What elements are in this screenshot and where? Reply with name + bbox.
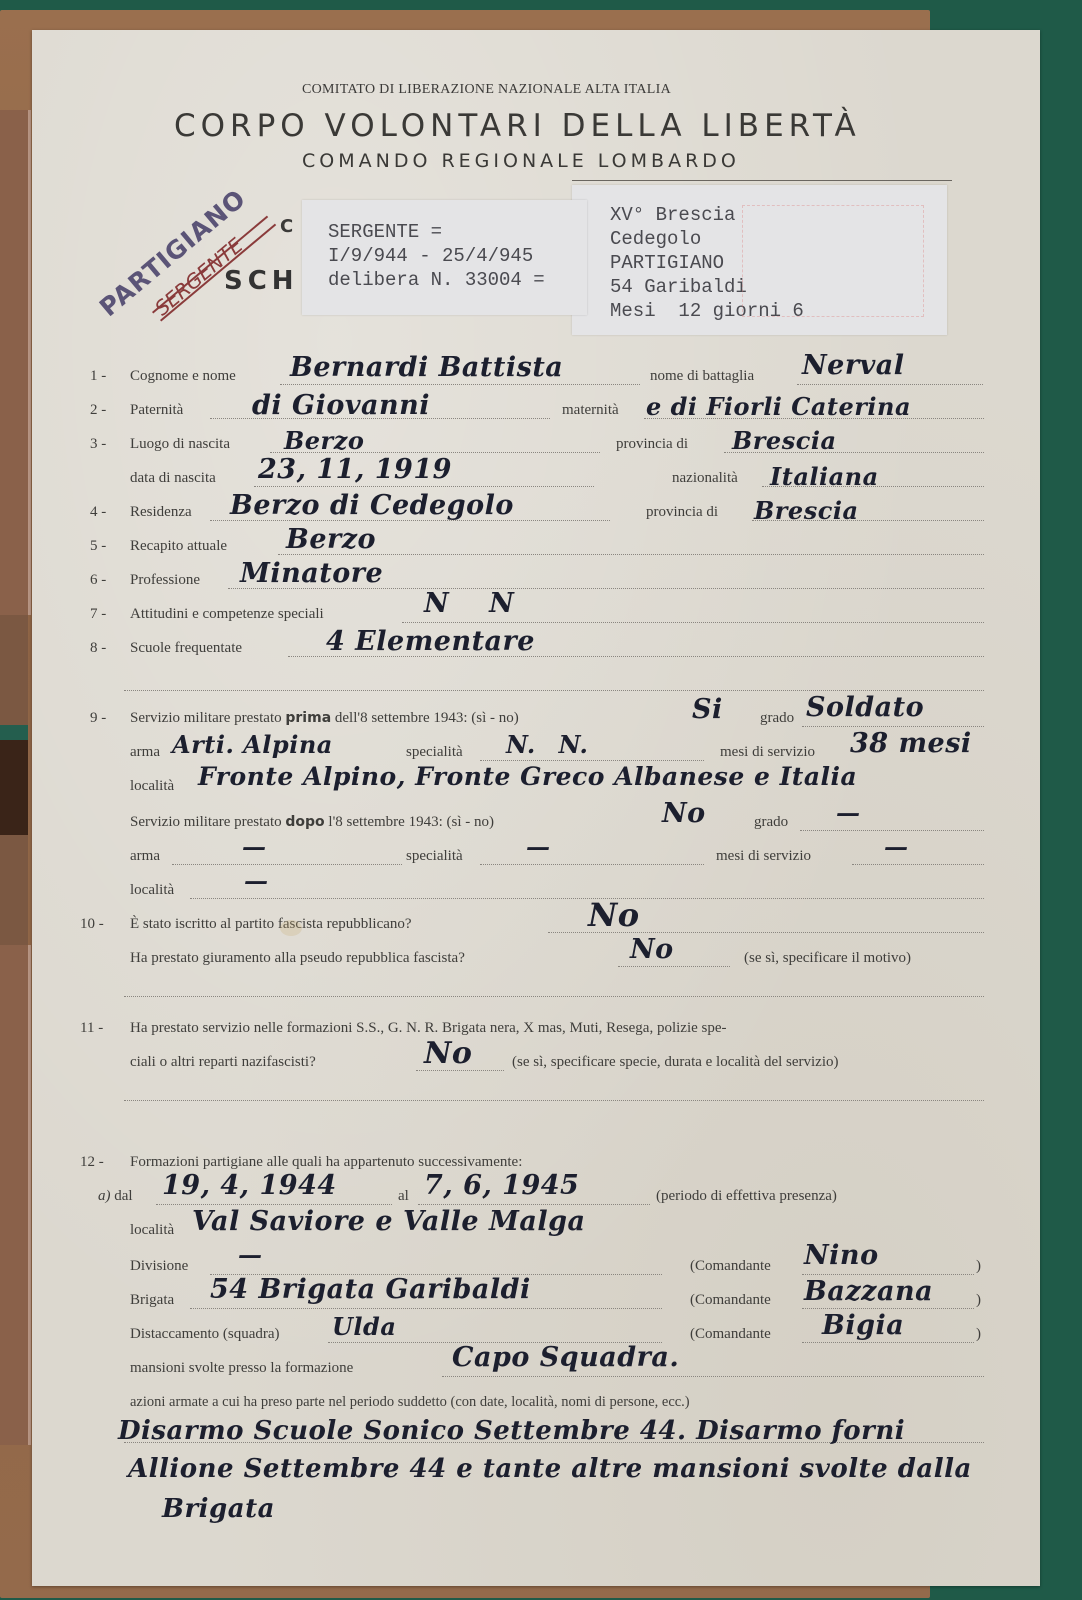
field-label: Ha prestato servizio nelle formazioni S.… bbox=[130, 1020, 727, 1036]
field-10-q2: Ha prestato giuramento alla pseudo repub… bbox=[130, 950, 465, 967]
item-letter: a) bbox=[98, 1188, 111, 1204]
field-2-label: 2 -Paternità bbox=[90, 402, 183, 419]
field-label: Servizio militare prestato bbox=[130, 710, 282, 726]
formation-location-value: Val Saviore e Valle Malga bbox=[192, 1206, 586, 1237]
label-line: I/9/944 - 25/4/945 bbox=[328, 244, 587, 268]
field-label: Paternità bbox=[130, 402, 183, 418]
binder-edge bbox=[0, 945, 31, 1445]
birthplace-value: Berzo bbox=[284, 426, 364, 455]
paternity-value: di Giovanni bbox=[252, 390, 430, 421]
dotted-line bbox=[190, 1308, 662, 1309]
close-paren: ) bbox=[976, 1292, 981, 1309]
to-date-value: 7, 6, 1945 bbox=[424, 1170, 579, 1201]
typed-label-left: SERGENTE = I/9/944 - 25/4/945 delibera N… bbox=[302, 200, 587, 315]
period-note: (periodo di effettiva presenza) bbox=[656, 1188, 837, 1205]
binder-edge bbox=[0, 615, 28, 725]
dotted-line bbox=[280, 384, 640, 385]
field-number: 1 - bbox=[90, 368, 130, 385]
arm-2-value: — bbox=[242, 832, 267, 861]
dotted-line bbox=[442, 1376, 984, 1377]
dotted-line bbox=[802, 1274, 974, 1275]
field-label: Servizio militare prestato bbox=[130, 814, 282, 830]
label-line: SERGENTE = bbox=[328, 220, 587, 244]
dotted-line bbox=[800, 830, 984, 831]
detachment-commander-label: (Comandante bbox=[690, 1326, 771, 1343]
location-2-label: località bbox=[130, 882, 174, 899]
division-label: Divisione bbox=[130, 1258, 188, 1275]
header-partial-sch: SCH bbox=[224, 266, 299, 296]
profession-value: Minatore bbox=[240, 558, 383, 589]
birth-province-value: Brescia bbox=[732, 426, 837, 455]
period-row: a) dal bbox=[98, 1188, 133, 1205]
dotted-line bbox=[618, 966, 730, 967]
field-label: È stato iscritto al partito fascista rep… bbox=[130, 916, 412, 932]
service-months-2-value: — bbox=[884, 832, 909, 861]
dotted-line bbox=[172, 864, 402, 865]
specialty-2-value: — bbox=[526, 832, 551, 861]
field-11-q2: ciali o altri reparti nazifascisti? bbox=[130, 1054, 316, 1071]
from-label: dal bbox=[114, 1188, 132, 1204]
to-label: al bbox=[398, 1188, 409, 1205]
arm-value: Arti. Alpina bbox=[172, 730, 333, 759]
binder-edge bbox=[0, 725, 28, 740]
maternity-value: e di Fiorli Caterina bbox=[646, 392, 911, 421]
field-5-label: 5 -Recapito attuale bbox=[90, 538, 227, 555]
surname-name-value: Bernardi Battista bbox=[290, 352, 563, 383]
armed-actions-line: Brigata bbox=[162, 1494, 275, 1524]
dotted-line bbox=[802, 1308, 974, 1309]
dotted-line bbox=[802, 1342, 974, 1343]
dotted-line bbox=[278, 554, 984, 555]
fascist-party-answer: No bbox=[588, 896, 640, 934]
military-after-value: No bbox=[662, 798, 706, 829]
birth-province-label: provincia di bbox=[616, 436, 688, 453]
close-paren: ) bbox=[976, 1326, 981, 1343]
formation-location-label: località bbox=[130, 1222, 174, 1239]
dotted-line bbox=[190, 898, 984, 899]
oath-answer: No bbox=[630, 934, 674, 965]
field-label: dell'8 settembre 1943: (sì - no) bbox=[335, 710, 519, 726]
dotted-line bbox=[480, 864, 704, 865]
field-4-label: 4 -Residenza bbox=[90, 504, 192, 521]
dotted-line bbox=[802, 726, 984, 727]
special-skills-value: N N bbox=[424, 588, 514, 619]
label-line: delibera N. 33004 = bbox=[328, 268, 587, 292]
field-number: 4 - bbox=[90, 504, 130, 521]
duties-value: Capo Squadra. bbox=[452, 1342, 679, 1373]
arm-label: arma bbox=[130, 744, 160, 761]
detachment-label: Distaccamento (squadra) bbox=[130, 1326, 280, 1343]
nationality-value: Italiana bbox=[770, 462, 879, 491]
specialty-value: N. N. bbox=[506, 730, 588, 759]
brigade-label: Brigata bbox=[130, 1292, 174, 1309]
field-9-line1: 9 -Servizio militare prestato prima dell… bbox=[90, 710, 519, 727]
residence-province-value: Brescia bbox=[754, 496, 859, 525]
dotted-line bbox=[797, 384, 983, 385]
military-before-value: Si bbox=[692, 694, 723, 725]
specialty-label: specialità bbox=[406, 744, 463, 761]
field-label-bold: prima bbox=[285, 710, 331, 726]
field-number: 9 - bbox=[90, 710, 130, 727]
paper-stain bbox=[280, 920, 302, 936]
battle-name-value: Nerval bbox=[802, 350, 905, 381]
battle-name-label: nome di battaglia bbox=[650, 368, 754, 385]
location-2-value: — bbox=[244, 866, 269, 895]
faded-red-mark bbox=[742, 205, 924, 317]
field-11-q1: 11 -Ha prestato servizio nelle formazion… bbox=[80, 1020, 727, 1037]
field-number: 6 - bbox=[90, 572, 130, 589]
binder-edge bbox=[0, 740, 28, 835]
nationality-label: nazionalità bbox=[672, 470, 738, 487]
binder-edge bbox=[0, 835, 28, 945]
dotted-line bbox=[254, 486, 594, 487]
detachment-value: Ulda bbox=[332, 1312, 396, 1341]
birth-date-label: data di nascita bbox=[130, 470, 216, 487]
field-8-label: 8 -Scuole frequentate bbox=[90, 640, 242, 657]
rank-2-value: — bbox=[836, 798, 861, 827]
header-command: COMANDO REGIONALE LOMBARDO bbox=[302, 150, 740, 172]
header-partial-c: C bbox=[280, 216, 293, 237]
field-number: 2 - bbox=[90, 402, 130, 419]
field-label: Cognome e nome bbox=[130, 368, 236, 384]
field-label: Luogo di nascita bbox=[130, 436, 230, 452]
field-label-bold: dopo bbox=[285, 814, 324, 830]
brigade-commander-label: (Comandante bbox=[690, 1292, 771, 1309]
brigade-value: 54 Brigata Garibaldi bbox=[210, 1274, 531, 1305]
division-commander-label: (Comandante bbox=[690, 1258, 771, 1275]
service-months-label: mesi di servizio bbox=[720, 744, 815, 761]
arm-2-label: arma bbox=[130, 848, 160, 865]
field-3-label: 3 -Luogo di nascita bbox=[90, 436, 230, 453]
residence-province-label: provincia di bbox=[646, 504, 718, 521]
field-number: 7 - bbox=[90, 606, 130, 623]
detachment-commander-value: Bigia bbox=[822, 1310, 904, 1341]
dotted-line bbox=[156, 1204, 392, 1205]
division-value: — bbox=[238, 1240, 263, 1269]
location-value: Fronte Alpino, Fronte Greco Albanese e I… bbox=[198, 762, 857, 791]
armed-actions-line: Allione Settembre 44 e tante altre mansi… bbox=[128, 1454, 972, 1484]
field-label: Residenza bbox=[130, 504, 192, 520]
brigade-commander-value: Bazzana bbox=[804, 1276, 933, 1307]
header-title: CORPO VOLONTARI DELLA LIBERTÀ bbox=[174, 108, 861, 144]
field-label: Attitudini e competenze speciali bbox=[130, 606, 324, 622]
rank-label: grado bbox=[760, 710, 794, 727]
dotted-line bbox=[402, 622, 984, 623]
header-rule bbox=[572, 180, 952, 181]
birth-date-value: 23, 11, 1919 bbox=[258, 454, 452, 485]
service-months-2-label: mesi di servizio bbox=[716, 848, 811, 865]
rank-2-label: grado bbox=[754, 814, 788, 831]
oath-note: (se sì, specificare il motivo) bbox=[744, 950, 911, 967]
armed-actions-line: Disarmo Scuole Sonico Settembre 44. Disa… bbox=[118, 1416, 905, 1446]
dotted-line bbox=[480, 760, 704, 761]
field-12-title: 12 -Formazioni partigiane alle quali ha … bbox=[80, 1154, 522, 1171]
field-label: Recapito attuale bbox=[130, 538, 227, 554]
residence-value: Berzo di Cedegolo bbox=[230, 490, 514, 521]
field-10-q1: 10 -È stato iscritto al partito fascista… bbox=[80, 916, 412, 933]
field-9-line2: Servizio militare prestato dopo l'8 sett… bbox=[130, 814, 494, 831]
typed-label-right: XV° Brescia Cedegolo PARTIGIANO 54 Garib… bbox=[572, 185, 947, 335]
dotted-line bbox=[852, 864, 984, 865]
field-label: l'8 settembre 1943: (sì - no) bbox=[328, 814, 494, 830]
schools-value: 4 Elementare bbox=[326, 626, 535, 657]
dotted-line bbox=[124, 996, 984, 997]
division-commander-value: Nino bbox=[804, 1240, 879, 1271]
from-date-value: 19, 4, 1944 bbox=[162, 1170, 337, 1201]
dotted-line bbox=[418, 1204, 650, 1205]
close-paren: ) bbox=[976, 1258, 981, 1275]
field-label: Formazioni partigiane alle quali ha appa… bbox=[130, 1154, 522, 1170]
nazifascist-service-answer: No bbox=[424, 1036, 472, 1071]
field-number: 8 - bbox=[90, 640, 130, 657]
field-1-label: 1 -Cognome e nome bbox=[90, 368, 236, 385]
rank-value: Soldato bbox=[806, 692, 924, 723]
duties-label: mansioni svolte presso la formazione bbox=[130, 1360, 353, 1377]
location-label: località bbox=[130, 778, 174, 795]
field-number: 10 - bbox=[80, 916, 130, 933]
document-page: COMITATO DI LIBERAZIONE NAZIONALE ALTA I… bbox=[32, 30, 1040, 1586]
current-address-value: Berzo bbox=[286, 524, 376, 555]
field-number: 5 - bbox=[90, 538, 130, 555]
dotted-line bbox=[124, 690, 984, 691]
header-committee: COMITATO DI LIBERAZIONE NAZIONALE ALTA I… bbox=[302, 82, 671, 98]
field-label: Professione bbox=[130, 572, 200, 588]
service-months-value: 38 mesi bbox=[850, 728, 972, 759]
field-7-label: 7 -Attitudini e competenze speciali bbox=[90, 606, 324, 623]
field-number: 12 - bbox=[80, 1154, 130, 1171]
dotted-line bbox=[124, 1100, 984, 1101]
specialty-2-label: specialità bbox=[406, 848, 463, 865]
nazifascist-note: (se sì, specificare specie, durata e loc… bbox=[512, 1054, 839, 1071]
field-number: 3 - bbox=[90, 436, 130, 453]
field-6-label: 6 -Professione bbox=[90, 572, 200, 589]
binder-edge bbox=[0, 110, 31, 615]
maternity-label: maternità bbox=[562, 402, 619, 419]
field-number: 11 - bbox=[80, 1020, 130, 1037]
armed-actions-label: azioni armate a cui ha preso parte nel p… bbox=[130, 1394, 690, 1411]
field-label: Scuole frequentate bbox=[130, 640, 242, 656]
